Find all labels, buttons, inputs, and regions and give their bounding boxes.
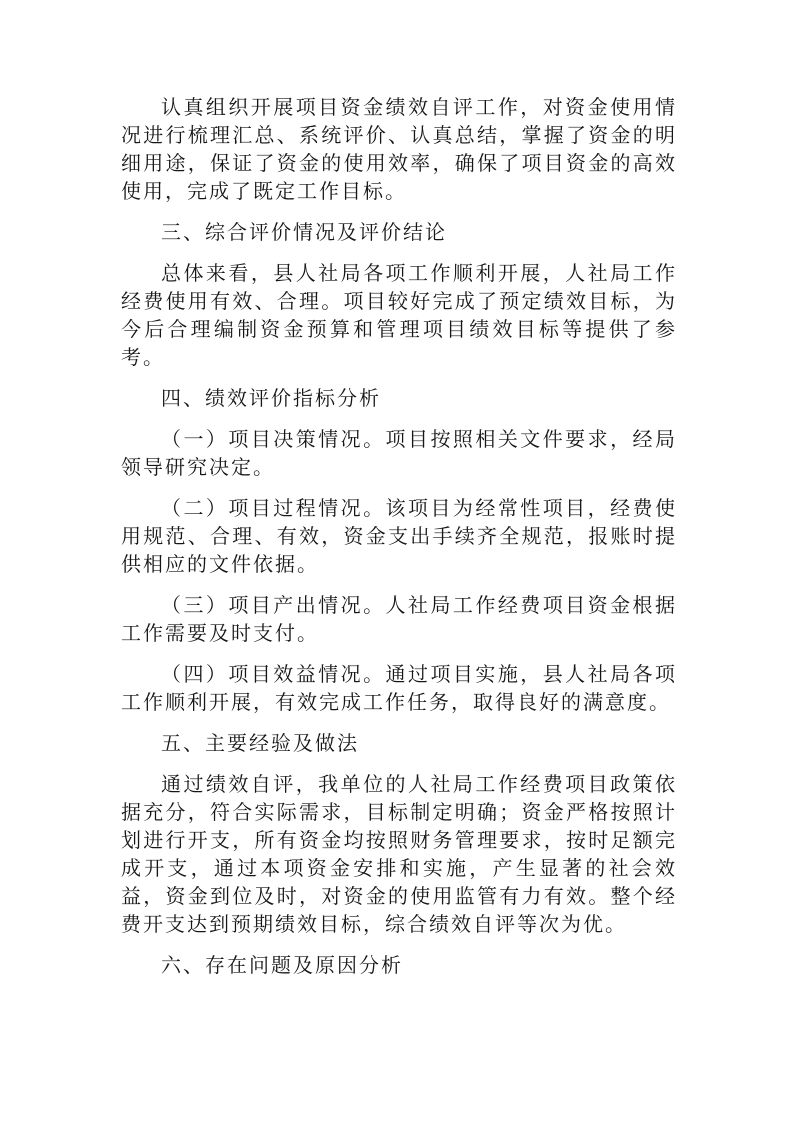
heading-section-4-indicator-analysis: 四、绩效评价指标分析: [121, 385, 677, 413]
paragraph-indicator-1-decision: （一）项目决策情况。项目按照相关文件要求，经局领导研究决定。: [121, 426, 677, 482]
heading-section-5-experience: 五、主要经验及做法: [121, 730, 677, 758]
heading-section-3-comprehensive-evaluation: 三、综合评价情况及评价结论: [121, 219, 677, 247]
paragraph-indicator-4-benefit: （四）项目效益情况。通过项目实施，县人社局各项工作顺利开展，有效完成工作任务，取…: [121, 661, 677, 717]
document-page: 认真组织开展项目资金绩效自评工作，对资金使用情况进行梳理汇总、系统评价、认真总结…: [0, 0, 793, 1122]
paragraph-fund-self-evaluation: 认真组织开展项目资金绩效自评工作，对资金使用情况进行梳理汇总、系统评价、认真总结…: [121, 94, 677, 206]
paragraph-indicator-3-output: （三）项目产出情况。人社局工作经费项目资金根据工作需要及时支付。: [121, 592, 677, 648]
paragraph-experience-practices: 通过绩效自评，我单位的人社局工作经费项目政策依据充分，符合实际需求，目标制定明确…: [121, 771, 677, 939]
paragraph-indicator-2-process: （二）项目过程情况。该项目为经常性项目，经费使用规范、合理、有效，资金支出手续齐…: [121, 495, 677, 579]
heading-section-6-problems: 六、存在问题及原因分析: [121, 952, 677, 980]
paragraph-overall-conclusion: 总体来看，县人社局各项工作顺利开展，人社局工作经费使用有效、合理。项目较好完成了…: [121, 260, 677, 372]
